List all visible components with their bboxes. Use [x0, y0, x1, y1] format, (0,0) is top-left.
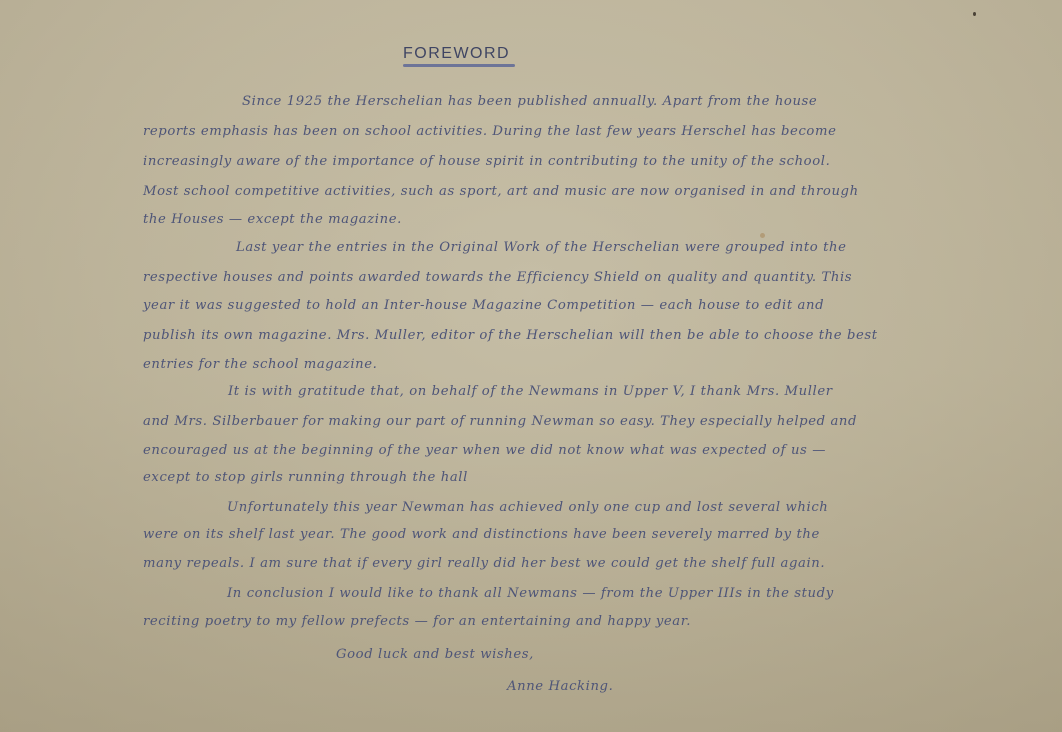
paragraph-4-line-3: many repeals. I am sure that if every gi…: [143, 556, 825, 571]
paragraph-1-line-1: Since 1925 the Herschelian has been publ…: [242, 94, 817, 109]
paragraph-1-line-2: reports emphasis has been on school acti…: [143, 124, 836, 139]
signature: Anne Hacking.: [507, 679, 613, 694]
title-underline: [403, 64, 515, 67]
paragraph-3-line-4: except to stop girls running through the…: [143, 470, 468, 485]
paragraph-1-line-4: Most school competitive activities, such…: [143, 184, 859, 199]
paragraph-1-line-3: increasingly aware of the importance of …: [143, 154, 830, 169]
page-title: FOREWORD: [403, 45, 510, 63]
paragraph-2-line-3: year it was suggested to hold an Inter-h…: [143, 298, 824, 313]
handwritten-page: FOREWORD Since 1925 the Herschelian has …: [0, 0, 1062, 732]
paragraph-5-line-1: In conclusion I would like to thank all …: [227, 586, 834, 601]
paragraph-5-line-2: reciting poetry to my fellow prefects — …: [143, 614, 691, 629]
paragraph-2-line-4: publish its own magazine. Mrs. Muller, e…: [143, 328, 878, 343]
paper-blemish: [760, 233, 765, 238]
paragraph-3-line-1: It is with gratitude that, on behalf of …: [228, 384, 833, 399]
paragraph-2-line-1: Last year the entries in the Original Wo…: [236, 240, 847, 255]
closing-line: Good luck and best wishes,: [336, 647, 534, 662]
paragraph-2-line-5: entries for the school magazine.: [143, 357, 377, 372]
paragraph-4-line-2: were on its shelf last year. The good wo…: [143, 527, 820, 542]
paragraph-4-line-1: Unfortunately this year Newman has achie…: [227, 500, 828, 515]
paragraph-3-line-2: and Mrs. Silberbauer for making our part…: [143, 414, 857, 429]
paragraph-1-line-5: the Houses — except the magazine.: [143, 212, 402, 227]
paper-blemish: [973, 12, 976, 16]
paragraph-2-line-2: respective houses and points awarded tow…: [143, 270, 852, 285]
paragraph-3-line-3: encouraged us at the beginning of the ye…: [143, 443, 826, 458]
